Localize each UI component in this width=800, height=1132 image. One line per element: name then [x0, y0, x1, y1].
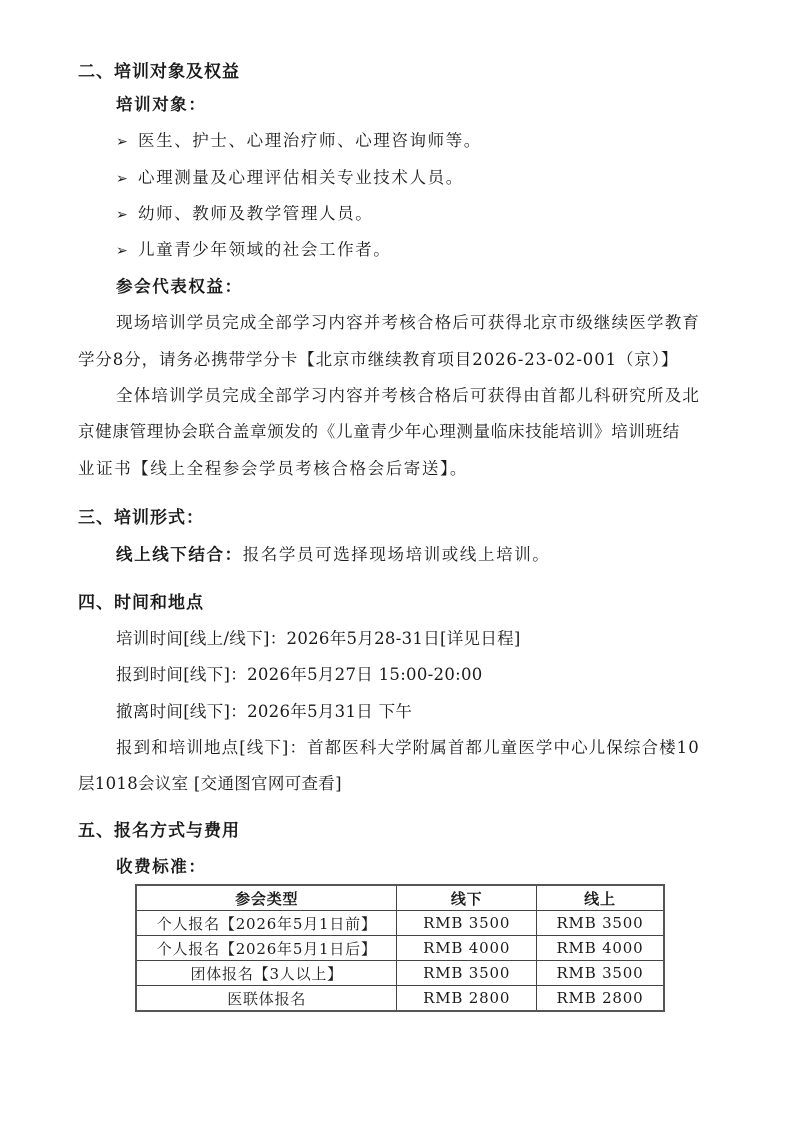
arrow-bullet-icon: ➢ — [116, 204, 138, 226]
cell-offline-price: RMB 2800 — [397, 986, 536, 1012]
cell-type: 个人报名【2026年5月1日前】 — [136, 911, 397, 936]
cell-online-price: RMB 2800 — [536, 986, 664, 1012]
table-row: 团体报名【3人以上】 RMB 3500 RMB 3500 — [136, 961, 664, 986]
fee-standard-label: 收费标准： — [116, 856, 207, 878]
cell-type: 团体报名【3人以上】 — [136, 961, 397, 986]
fee-table: 参会类型 线下 线上 个人报名【2026年5月1日前】 RMB 3500 RMB… — [135, 884, 665, 1012]
arrow-bullet-icon: ➢ — [116, 240, 138, 262]
table-header-row: 参会类型 线下 线上 — [136, 885, 664, 911]
benefits-label: 参会代表权益： — [116, 276, 243, 298]
section-heading-time-location: 四、时间和地点 — [78, 592, 204, 614]
cell-offline-price: RMB 4000 — [397, 936, 536, 961]
list-item-text: 儿童青少年领域的社会工作者。 — [138, 240, 391, 259]
table-row: 个人报名【2026年5月1日后】 RMB 4000 RMB 4000 — [136, 936, 664, 961]
table-row: 个人报名【2026年5月1日前】 RMB 3500 RMB 3500 — [136, 911, 664, 936]
benefits-paragraph-2-cont: 京健康管理协会联合盖章颁发的《儿童青少年心理测量临床技能培训》培训班结 — [78, 421, 680, 443]
list-item-text: 心理测量及心理评估相关专业技术人员。 — [138, 168, 464, 187]
list-item: ➢幼师、教师及教学管理人员。 — [116, 203, 373, 226]
training-format-line: 线上线下结合：报名学员可选择现场培训或线上培训。 — [116, 544, 550, 566]
cell-offline-price: RMB 3500 — [397, 911, 536, 936]
list-item: ➢心理测量及心理评估相关专业技术人员。 — [116, 167, 464, 190]
location-cont: 层1018会议室 [交通图官网可查看] — [78, 773, 342, 795]
arrow-bullet-icon: ➢ — [116, 131, 138, 153]
list-item-text: 幼师、教师及教学管理人员。 — [138, 204, 373, 223]
cell-online-price: RMB 3500 — [536, 911, 664, 936]
column-header-type: 参会类型 — [136, 885, 397, 911]
checkin-time: 报到时间[线下]：2026年5月27日 15:00-20:00 — [116, 664, 483, 686]
arrow-bullet-icon: ➢ — [116, 168, 138, 190]
section-heading-training-format: 三、培训形式： — [78, 507, 204, 529]
audience-label: 培训对象： — [116, 94, 207, 116]
cell-type: 个人报名【2026年5月1日后】 — [136, 936, 397, 961]
cell-offline-price: RMB 3500 — [397, 961, 536, 986]
table-row: 医联体报名 RMB 2800 RMB 2800 — [136, 986, 664, 1012]
list-item-text: 医生、护士、心理治疗师、心理咨询师等。 — [138, 131, 482, 150]
cell-online-price: RMB 3500 — [536, 961, 664, 986]
cell-type: 医联体报名 — [136, 986, 397, 1012]
benefits-paragraph-1: 现场培训学员完成全部学习内容并考核合格后可获得北京市级继续医学教育 — [116, 312, 700, 334]
section-heading-audience-benefits: 二、培训对象及权益 — [78, 61, 240, 83]
training-format-label: 线上线下结合： — [116, 545, 243, 564]
benefits-paragraph-1-cont: 学分8分，请务必携带学分卡【北京市继续教育项目2026-23-02-001（京）… — [78, 349, 678, 371]
section-heading-registration-fees: 五、报名方式与费用 — [78, 820, 240, 842]
cell-online-price: RMB 4000 — [536, 936, 664, 961]
departure-time: 撤离时间[线下]：2026年5月31日 下午 — [116, 701, 412, 723]
list-item: ➢儿童青少年领域的社会工作者。 — [116, 239, 391, 262]
training-time: 培训时间[线上/线下]：2026年5月28-31日[详见日程] — [116, 628, 521, 650]
benefits-paragraph-2-end: 业证书【线上全程参会学员考核合格会后寄送】。 — [78, 458, 468, 480]
column-header-offline: 线下 — [397, 885, 536, 911]
benefits-paragraph-2: 全体培训学员完成全部学习内容并考核合格后可获得由首都儿科研究所及北 — [116, 385, 700, 407]
training-format-text: 报名学员可选择现场培训或线上培训。 — [243, 545, 551, 564]
column-header-online: 线上 — [536, 885, 664, 911]
list-item: ➢医生、护士、心理治疗师、心理咨询师等。 — [116, 130, 482, 153]
location: 报到和培训地点[线下]：首都医科大学附属首都儿童医学中心儿保综合楼10 — [116, 737, 700, 759]
